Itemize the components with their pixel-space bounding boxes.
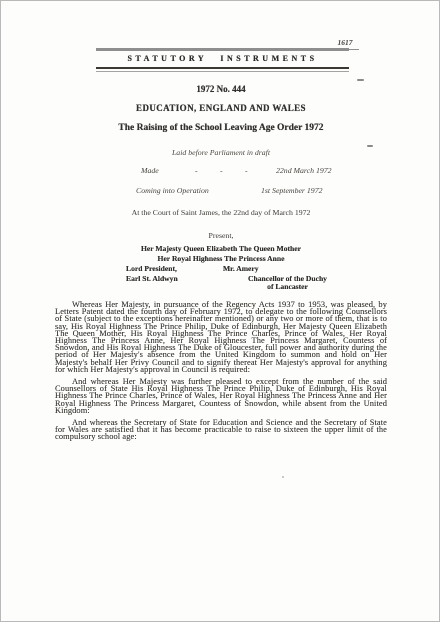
- banner-top-rule: [96, 48, 349, 51]
- court-line: At the Court of Saint James, the 22nd da…: [55, 208, 387, 217]
- coming-into-operation-label: Coming into Operation: [136, 186, 209, 195]
- order-title: The Raising of the School Leaving Age Or…: [55, 123, 387, 133]
- recital-paragraph-3: And whereas the Secretary of State for E…: [55, 419, 387, 441]
- leader-dash: -: [245, 166, 248, 175]
- coming-into-operation-date: 1st September 1972: [261, 186, 323, 195]
- official-lord-president: Lord President,: [126, 264, 226, 274]
- recital-paragraph-2: And whereas Her Majesty was further plea…: [55, 378, 387, 414]
- present-name-queen-mother: Her Majesty Queen Elizabeth The Queen Mo…: [55, 244, 387, 253]
- leader-dash: -: [195, 166, 198, 175]
- officials-right-column: Mr. Amery Chancellor of the Duchy of Lan…: [223, 264, 353, 291]
- official-earl-st-aldwyn: Earl St. Aldwyn: [126, 274, 226, 284]
- official-mr-amery: Mr. Amery: [223, 264, 353, 274]
- banner-bottom-rule: [96, 67, 349, 69]
- subject-heading: EDUCATION, ENGLAND AND WALES: [55, 103, 387, 113]
- made-date: 22nd March 1972: [276, 166, 332, 175]
- laid-before-parliament-note: Laid before Parliament in draft: [55, 148, 387, 157]
- scan-artifact: [367, 145, 373, 147]
- made-label: Made: [141, 166, 159, 175]
- scan-artifact: [357, 79, 364, 81]
- si-number: 1972 No. 444: [55, 84, 387, 94]
- made-date-row: Made - - - 22nd March 1972: [55, 166, 387, 176]
- scan-artifact: [282, 476, 284, 478]
- present-name-princess-anne: Her Royal Highness The Princess Anne: [55, 254, 387, 263]
- banner-bottom-thin-rule: [96, 71, 349, 72]
- coming-into-operation-row: Coming into Operation 1st September 1972: [55, 186, 387, 196]
- recital-paragraph-1: Whereas Her Majesty, in pursuance of the…: [55, 301, 387, 373]
- leader-dash: -: [220, 166, 223, 175]
- officials-left-column: Lord President, Earl St. Aldwyn: [126, 264, 226, 284]
- present-label: Present,: [55, 231, 387, 240]
- official-chancellor-duchy: Chancellor of the Duchy of Lancaster: [235, 275, 340, 291]
- officials-columns: Lord President, Earl St. Aldwyn Mr. Amer…: [55, 264, 387, 296]
- recitals-text: Whereas Her Majesty, in pursuance of the…: [55, 301, 387, 446]
- chancellor-line-2: of Lancaster: [267, 282, 308, 291]
- document-page: 1617 STATUTORY INSTRUMENTS 1972 No. 444 …: [0, 0, 440, 622]
- banner-title: STATUTORY INSTRUMENTS: [96, 54, 349, 63]
